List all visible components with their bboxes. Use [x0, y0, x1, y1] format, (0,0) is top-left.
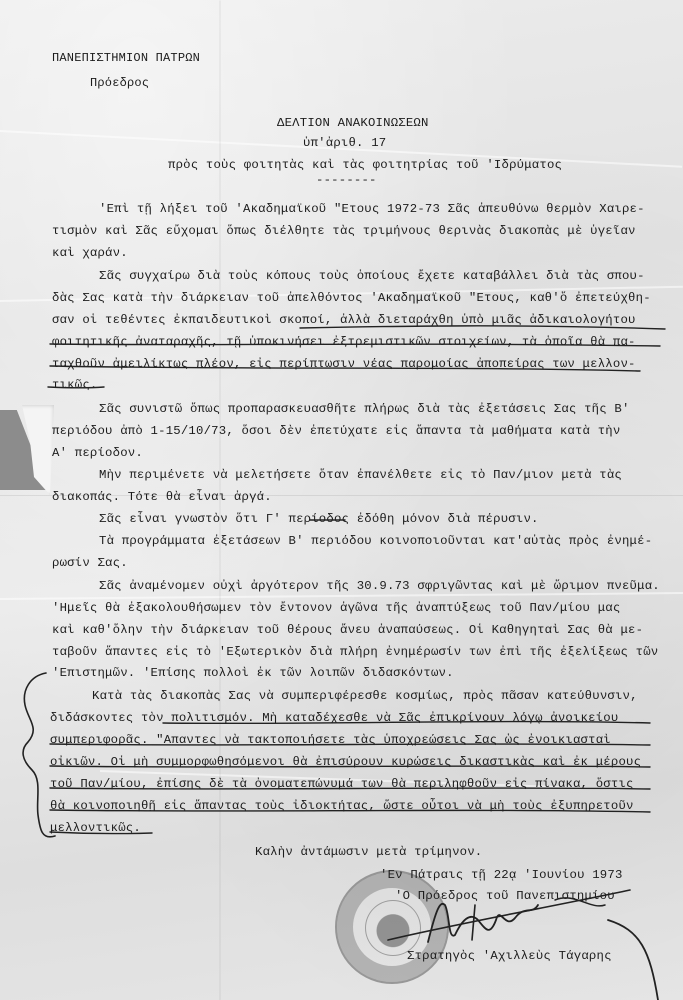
body-line: 'Ημεῖς θὰ ἐξακολουθήσωμεν τὸν ἔντονον ἀγ… — [52, 602, 620, 614]
signer-name: Στρατηγὸς 'Αχιλλεὺς Τάγαρης — [407, 950, 612, 962]
phoenix-emblem-icon — [365, 900, 421, 956]
bulletin-number: ὑπ'ἀριθ. 17 — [303, 137, 386, 149]
body-line: θὰ κοινοποιηθῇ εἰς ἅπαντας τοὺς ἰδιοκτήτ… — [50, 800, 634, 812]
body-line: 'Επιστημῶν. 'Επίσης πολλοὶ ἐκ τῶν λοιπῶν… — [52, 667, 454, 679]
body-line: διδάσκοντες τὸν πολιτισμόν. Μὴ καταδέχεσ… — [50, 712, 618, 724]
body-line: Μὴν περιμένετε νὰ μελετήσετε ὅταν ἐπανέλ… — [99, 469, 622, 481]
signer-title: 'Ο Πρόεδρος τοῦ Πανεπιστημίου — [395, 890, 615, 902]
body-line: καὶ καθ'ὅλην τὴν διάρκειαν τοῦ θέρους ἄν… — [52, 624, 643, 636]
body-line: ταβοῦν ἅπαντες εἰς τὸ 'Εξωτερικὸν διὰ πλ… — [52, 646, 658, 658]
signature-stroke — [472, 905, 475, 940]
body-line: ταχθοῦν ἀμειλίκτως πλέον, εἰς περίπτωσιν… — [52, 358, 636, 370]
body-line: περιόδου ἀπὸ 1-15/10/73, ὅσοι δὲν ἐπετύχ… — [52, 425, 620, 437]
body-line: καὶ χαράν. — [52, 247, 128, 259]
body-line: Κατὰ τὰς διακοπὰς Σας νὰ συμπεριφέρεσθε … — [92, 690, 638, 702]
bulletin-title: ΔΕΛΤΙΟΝ ΑΝΑΚΟΙΝΩΣΕΩΝ — [277, 117, 429, 129]
body-line: 'Επὶ τῇ λήξει τοῦ 'Ακαδημαϊκοῦ "Ετους 19… — [99, 203, 645, 215]
office-title: Πρόεδρος — [90, 77, 149, 89]
title-rule: -------- — [316, 174, 377, 186]
place-date: 'Εν Πάτραις τῇ 22ᾳ 'Ιουνίου 1973 — [380, 869, 623, 881]
body-line: Α' περίοδον. — [52, 447, 143, 459]
body-line: Σᾶς ἀναμένομεν οὐχὶ ἀργότερον τῆς 30.9.7… — [99, 580, 660, 592]
body-line: δὰς Σας κατὰ τὴν διάρκειαν τοῦ ἀπελθόντο… — [52, 292, 651, 304]
body-line: τικῶς. — [52, 379, 97, 391]
signature-stroke — [608, 920, 658, 1000]
body-line: μελλοντικῶς. — [50, 822, 141, 834]
scanned-document: ΠΑΝΕΠΙΣΤΗΜΙΟΝ ΠΑΤΡΩΝ Πρόεδρος ΔΕΛΤΙΟΝ ΑΝ… — [0, 0, 683, 1000]
body-line: Σᾶς συνιστῶ ὅπως προπαρασκευασθῆτε πλήρω… — [99, 403, 630, 415]
institution-name: ΠΑΝΕΠΙΣΤΗΜΙΟΝ ΠΑΤΡΩΝ — [52, 52, 200, 64]
addressee: πρὸς τοὺς φοιτητὰς καὶ τὰς φοιτητρίας το… — [168, 159, 562, 171]
body-line: Σᾶς εἶναι γνωστὸν ὅτι Γ' περίοδος ἐδόθη … — [99, 513, 539, 525]
farewell-line: Καλὴν ἀντάμωσιν μετὰ τρίμηνον. — [255, 846, 482, 858]
body-line: τισμὸν καὶ Σᾶς εὔχομαι ὅπως διέλθητε τὰς… — [52, 225, 636, 237]
body-line: τοῦ Παν/μίου, ἐπίσης δὲ τὰ ὀνοματεπώνυμά… — [50, 778, 634, 790]
paper-crease — [0, 592, 683, 600]
body-line: Σᾶς συγχαίρω διὰ τοὺς κόπους τοὺς ὁποίου… — [99, 270, 645, 282]
body-line: διακοπάς. Τότε θὰ εἶναι ἀργά. — [52, 491, 272, 503]
body-line: φοιτητικῆς ἀναταραχῆς, τῇ ὑποκινήσει ἐξτ… — [52, 336, 636, 348]
body-line: σαν οἱ τεθέντες ἐκπαιδευτικοὶ σκοποί, ἀλ… — [52, 314, 636, 326]
body-line: Τὰ προγράμματα ἐξετάσεων Β' περιόδου κοι… — [99, 535, 652, 547]
body-line: συμπεριφορᾶς. "Απαντες νὰ τακτοποιήσετε … — [50, 734, 611, 746]
body-line: οἰκιῶν. Οἱ μὴ συμμορφωθησόμενοι θὰ ἐπισύ… — [50, 756, 641, 768]
university-seal — [335, 870, 449, 984]
body-line: ρωσίν Σας. — [52, 557, 128, 569]
